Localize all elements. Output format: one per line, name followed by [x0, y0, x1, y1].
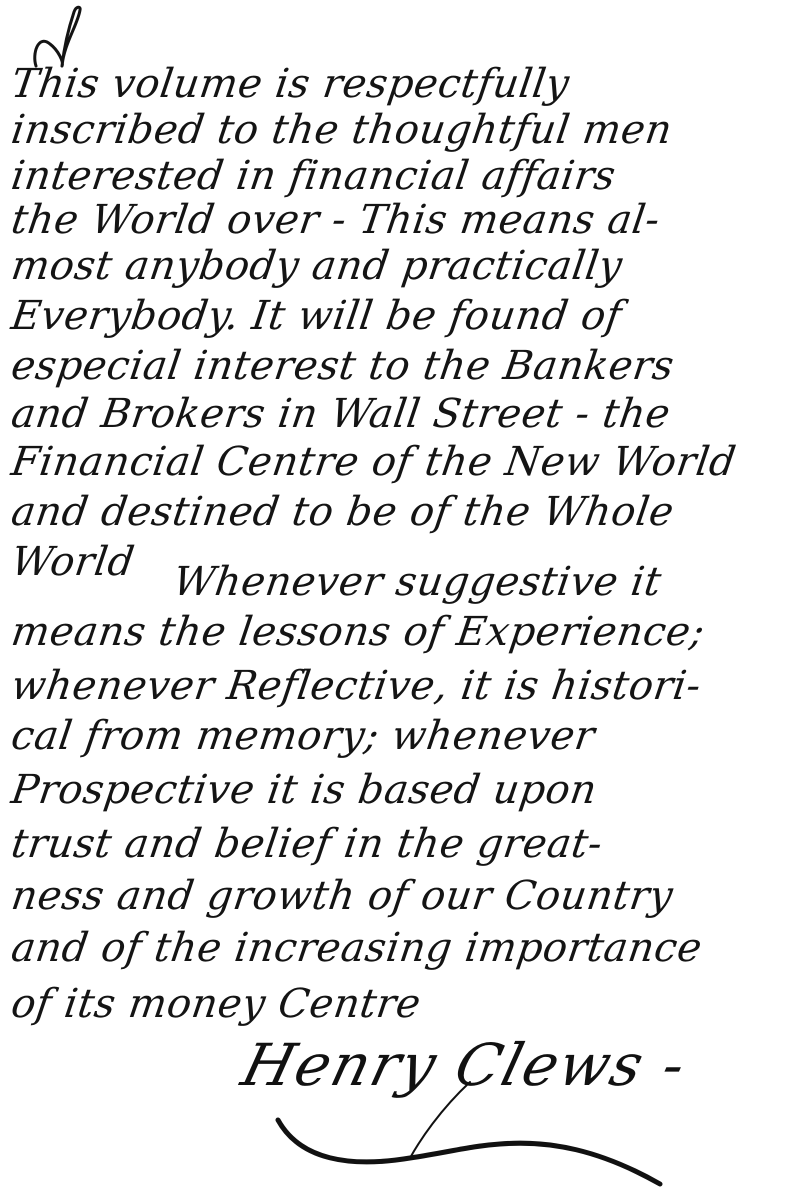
text-line: the World over - This means al- — [8, 194, 800, 246]
text-line: and destined to be of the Whole — [8, 486, 800, 538]
text-line: means the lessons of Experience; — [8, 606, 800, 658]
text-line: and Brokers in Wall Street - the — [8, 388, 800, 440]
handwritten-page: This volume is respectfully inscribed to… — [0, 0, 800, 1198]
text-line: and of the increasing importance — [8, 922, 800, 974]
signature-underline-flourish-icon — [270, 1080, 690, 1190]
text-line: This volume is respectfully — [8, 58, 800, 110]
text-line: trust and belief in the great- — [8, 818, 800, 870]
text-line: Prospective it is based upon — [8, 764, 800, 816]
text-line: inscribed to the thoughtful men — [8, 104, 800, 156]
text-line: of its money Centre — [8, 978, 800, 1030]
text-line: Everybody. It will be found of — [8, 290, 800, 342]
text-line: whenever Reflective, it is histori- — [8, 660, 800, 712]
text-line: ness and growth of our Country — [8, 870, 800, 922]
text-line: cal from memory; whenever — [8, 710, 800, 762]
text-line: most anybody and practically — [8, 240, 800, 292]
text-line: Whenever suggestive it — [170, 556, 800, 608]
text-line: especial interest to the Bankers — [8, 340, 800, 392]
text-line: Financial Centre of the New World — [8, 436, 800, 488]
